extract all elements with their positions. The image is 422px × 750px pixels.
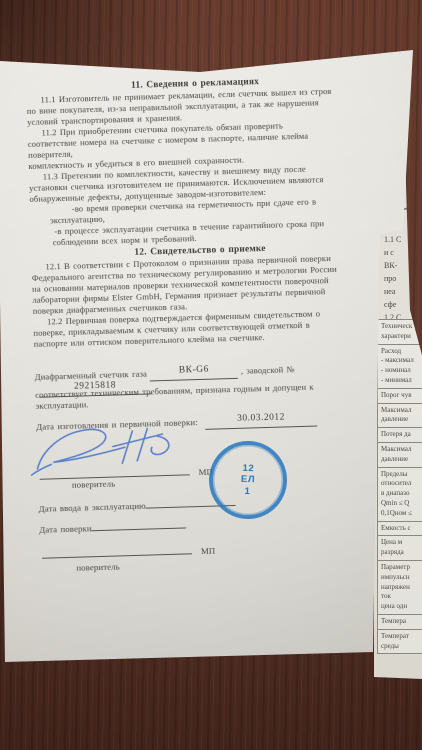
specs-table-row: Порог чув [378,389,422,404]
stamp-line-1: 12 [242,463,254,475]
manufacture-date-value: 30.03.2012 [237,412,285,424]
seal-place-mark-2: МП [201,546,216,556]
passport-page: 11. Сведения о рекламациях 11.1 Изготови… [0,0,422,750]
second-signature-line [42,543,192,558]
stamp-line-3: 1 [244,486,250,498]
meter-label: Диафрагменный счетчик газа [35,369,148,382]
specs-table-row: Техническ характери [378,320,422,345]
specs-table-row: Расход - максимал - номинал - минимал [378,345,422,389]
verification-date-label: Дата поверки [39,523,92,535]
commissioning-date-label: Дата ввода в эксплуатацию [38,501,145,514]
specs-table-row: Цена м разряда [378,536,422,561]
verifier-signature [26,420,218,482]
meter-model-field: ВК-G6 [150,366,238,382]
verification-date-line: Дата поверки [39,511,407,536]
specs-table: Техническ характери Расход - максимал - … [377,319,422,654]
serial-label: , заводской № [241,364,295,376]
adjacent-page-text: 1.1 С и с ВК- про неа сфе 1.2 С [384,233,418,324]
verification-stamp-text: 12 ЕЛ 1 [212,444,284,516]
specs-table-row: Температ среды [378,630,422,654]
specs-table-row: Темпера [378,615,422,630]
serial-number-value: 29215818 [74,380,116,392]
specs-table-row: Потеря да [378,428,422,443]
specs-table-row: Параметр импульсн напряжен ток цена одн [378,561,422,615]
specs-table-row: Емкость с [378,522,422,537]
stamp-line-2: ЕЛ [241,474,256,486]
manufacture-date-field: 30.03.2012 [205,414,317,430]
specs-table-row: Максимал давление [378,443,422,468]
photo-scene: 1.1 С и с ВК- про неа сфе 1.2 С Техничес… [0,0,422,750]
specs-table-row: Максимал давление [378,404,422,429]
verification-stamp: 12 ЕЛ 1 [208,440,289,521]
specs-table-row: Пределы относител в диапазо Qmin ≤ Q 0,1… [378,468,422,522]
verifier-caption-1: поверитель [72,479,116,491]
meter-model-value: ВК-G6 [179,365,209,377]
verification-date-field [91,517,186,531]
